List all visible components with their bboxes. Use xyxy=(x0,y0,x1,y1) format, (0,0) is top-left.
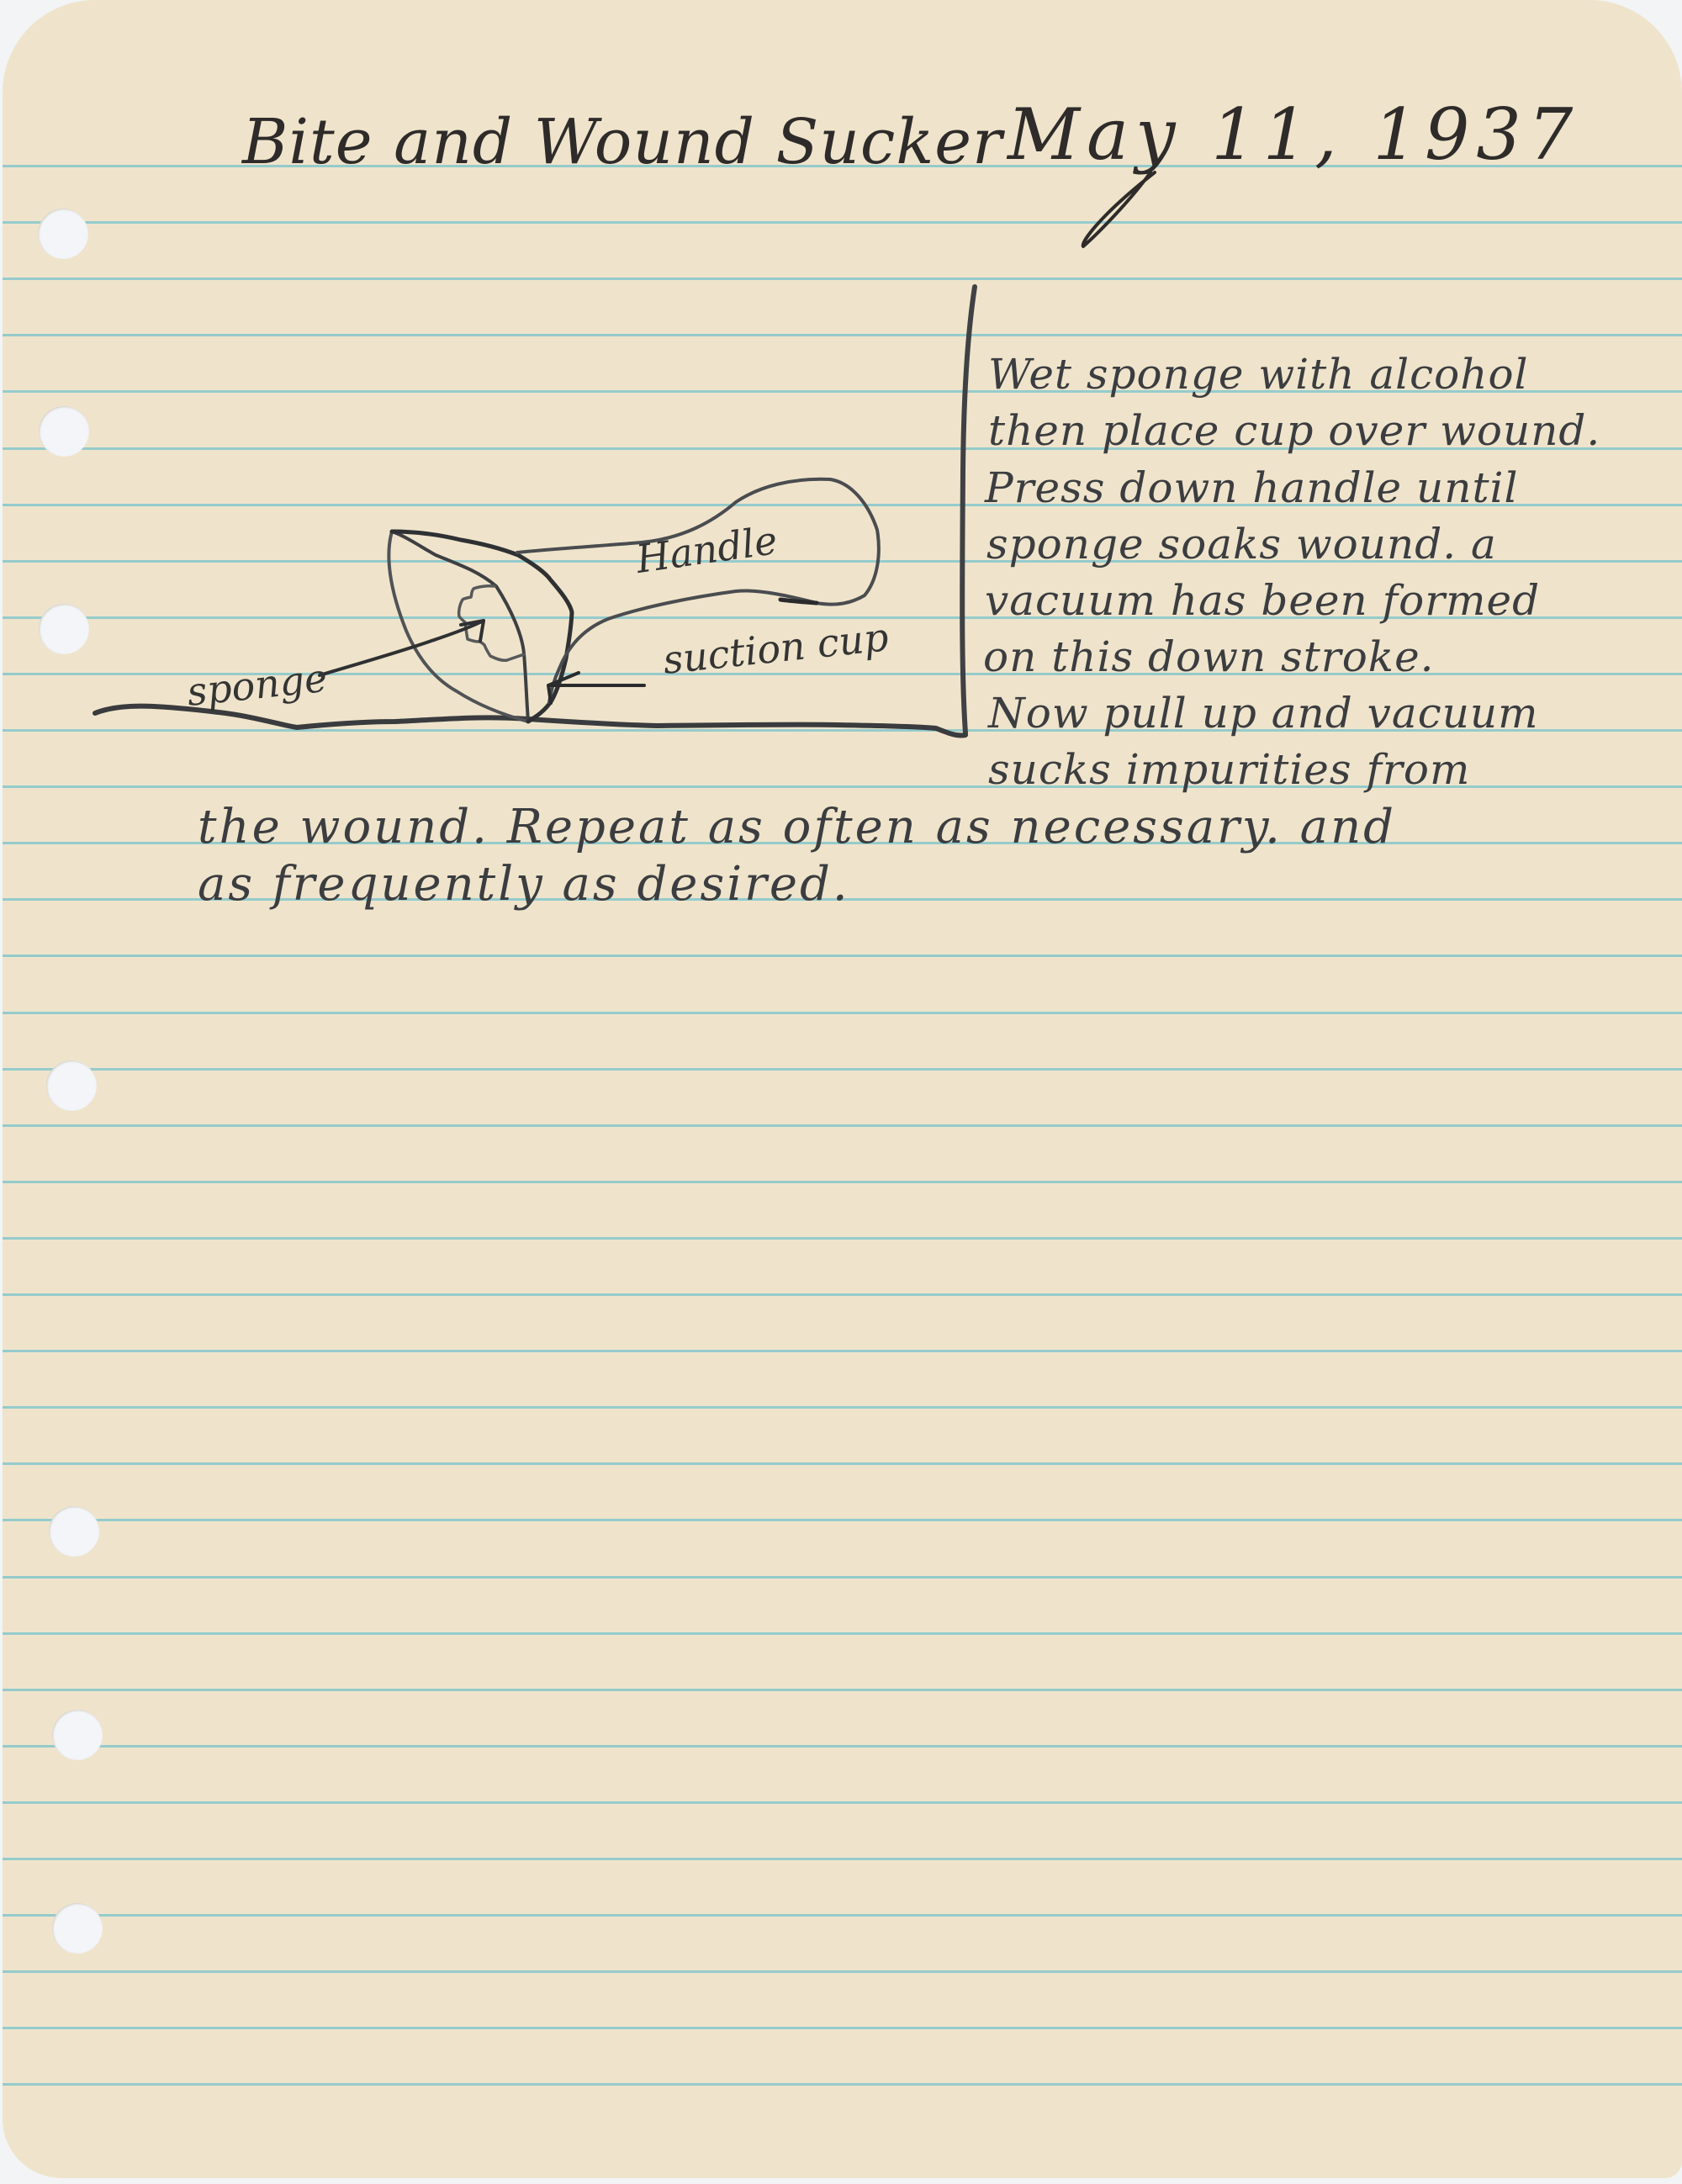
instruction-line-full: the wound. Repeat as often as necessary.… xyxy=(198,804,1396,851)
cup-outline xyxy=(389,531,528,722)
suction-device-sketch xyxy=(3,0,1682,2178)
instruction-line: Wet sponge with alcohol xyxy=(988,353,1529,395)
instruction-line: sucks impurities from xyxy=(988,748,1470,791)
instruction-line: Now pull up and vacuum xyxy=(988,692,1539,734)
instruction-line-full: as frequently as desired. xyxy=(198,861,850,908)
instruction-line: on this down stroke. xyxy=(983,636,1435,678)
instruction-line: then place cup over wound. xyxy=(988,410,1600,452)
column-divider xyxy=(962,287,975,733)
notebook-page: Bite and Wound Sucker May 11, 1937 Handl… xyxy=(3,0,1682,2178)
instruction-line: vacuum has been formed xyxy=(985,579,1540,621)
instruction-line: sponge soaks wound. a xyxy=(986,523,1497,565)
sponge-arrow xyxy=(320,621,484,675)
instruction-line: Press down handle until xyxy=(985,467,1519,509)
date-flourish xyxy=(1083,172,1155,246)
